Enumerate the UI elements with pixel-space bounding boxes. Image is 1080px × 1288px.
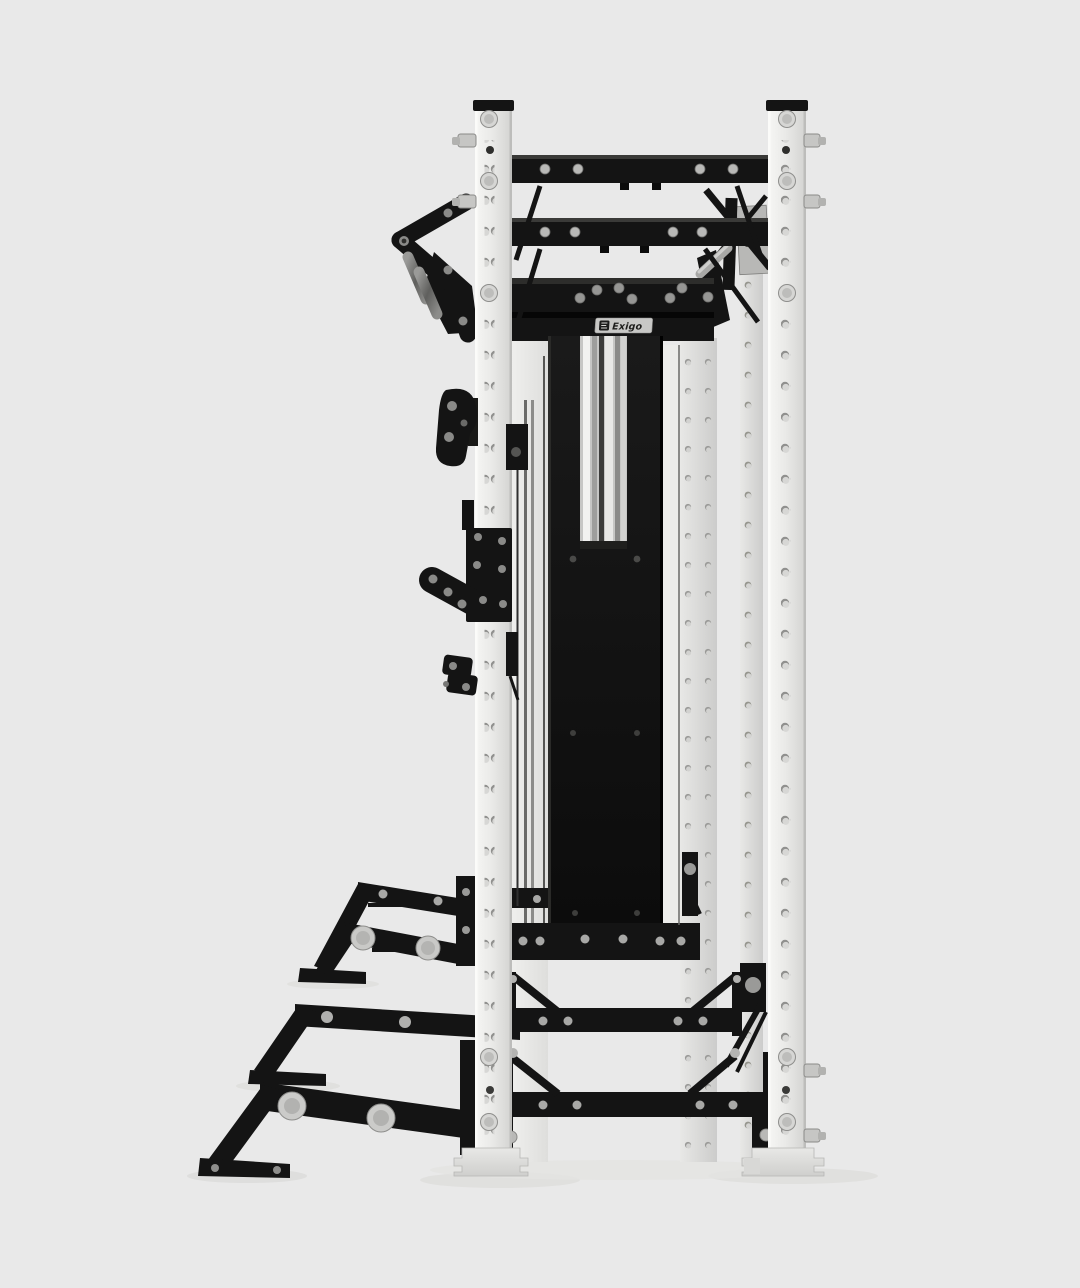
stack-base-beam [505,923,700,960]
exigo-logo-icon [599,321,610,331]
guide-rod-notch [580,336,627,549]
exigo-logo-text: Exigo [612,322,643,333]
rack-render: Exigo [0,0,1080,1288]
upright-side-bracket [506,424,528,470]
exigo-logo: Exigo [595,318,653,333]
product-image: Exigo [0,0,1080,1288]
